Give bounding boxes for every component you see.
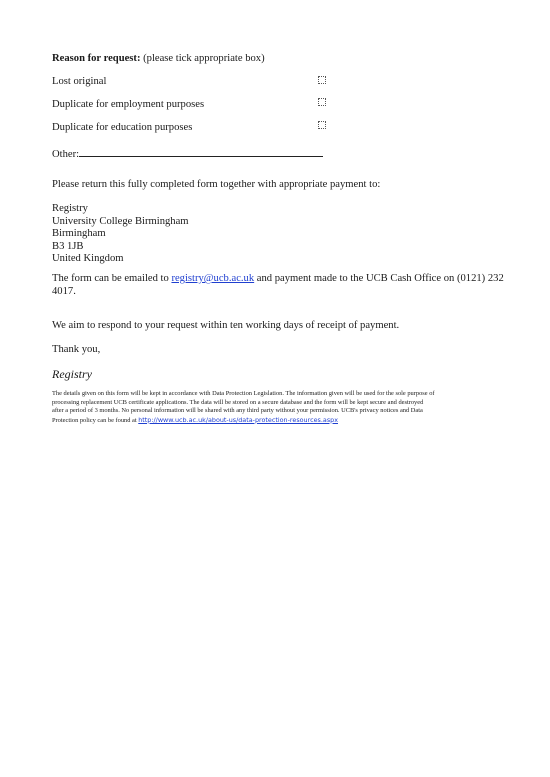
notice-line-last: Protection policy can be found at http:/…: [52, 416, 435, 426]
option-lost-original-label: Lost original: [52, 76, 106, 89]
email-para-text-cont: and payment made to the UCB Cash Office …: [254, 273, 504, 284]
address-line: United Kingdom: [52, 253, 189, 266]
data-protection-notice: The details given on this form will be k…: [52, 390, 435, 425]
response-time-text: We aim to respond to your request within…: [52, 320, 399, 333]
notice-line: processing replacement UCB certificate a…: [52, 399, 435, 408]
address-line: Birmingham: [52, 228, 189, 241]
thank-you-text: Thank you,: [52, 344, 100, 357]
notice-prefix: Protection policy can be found at: [52, 417, 138, 424]
data-protection-link[interactable]: http://www.ucb.ac.uk/about-us/data-prote…: [138, 416, 338, 424]
postal-address: Registry University College Birmingham B…: [52, 203, 189, 266]
document-page: Reason for request: (please tick appropr…: [0, 0, 550, 777]
notice-line: The details given on this form will be k…: [52, 390, 435, 399]
reason-heading: Reason for request: (please tick appropr…: [52, 53, 265, 66]
registry-email-link[interactable]: registry@ucb.ac.uk: [171, 273, 254, 284]
other-field: Other:: [52, 146, 323, 162]
return-instructions: Please return this fully completed form …: [52, 179, 380, 192]
checkbox-employment[interactable]: [318, 98, 326, 106]
address-line: University College Birmingham: [52, 216, 189, 229]
address-line: Registry: [52, 203, 189, 216]
checkbox-lost-original[interactable]: [318, 76, 326, 84]
email-para-text: The form can be emailed to: [52, 273, 171, 284]
email-paragraph-line2: 4017.: [52, 286, 76, 299]
notice-line: after a period of 3 months. No personal …: [52, 407, 435, 416]
signature-registry: Registry: [52, 367, 92, 382]
other-input[interactable]: [79, 146, 323, 157]
option-education-label: Duplicate for education purposes: [52, 122, 192, 135]
reason-heading-hint: (please tick appropriate box): [140, 53, 264, 64]
reason-heading-bold: Reason for request:: [52, 53, 140, 64]
address-line: B3 1JB: [52, 241, 189, 254]
checkbox-education[interactable]: [318, 121, 326, 129]
other-label: Other:: [52, 149, 79, 160]
option-employment-label: Duplicate for employment purposes: [52, 99, 204, 112]
email-paragraph-line1: The form can be emailed to registry@ucb.…: [52, 273, 504, 286]
